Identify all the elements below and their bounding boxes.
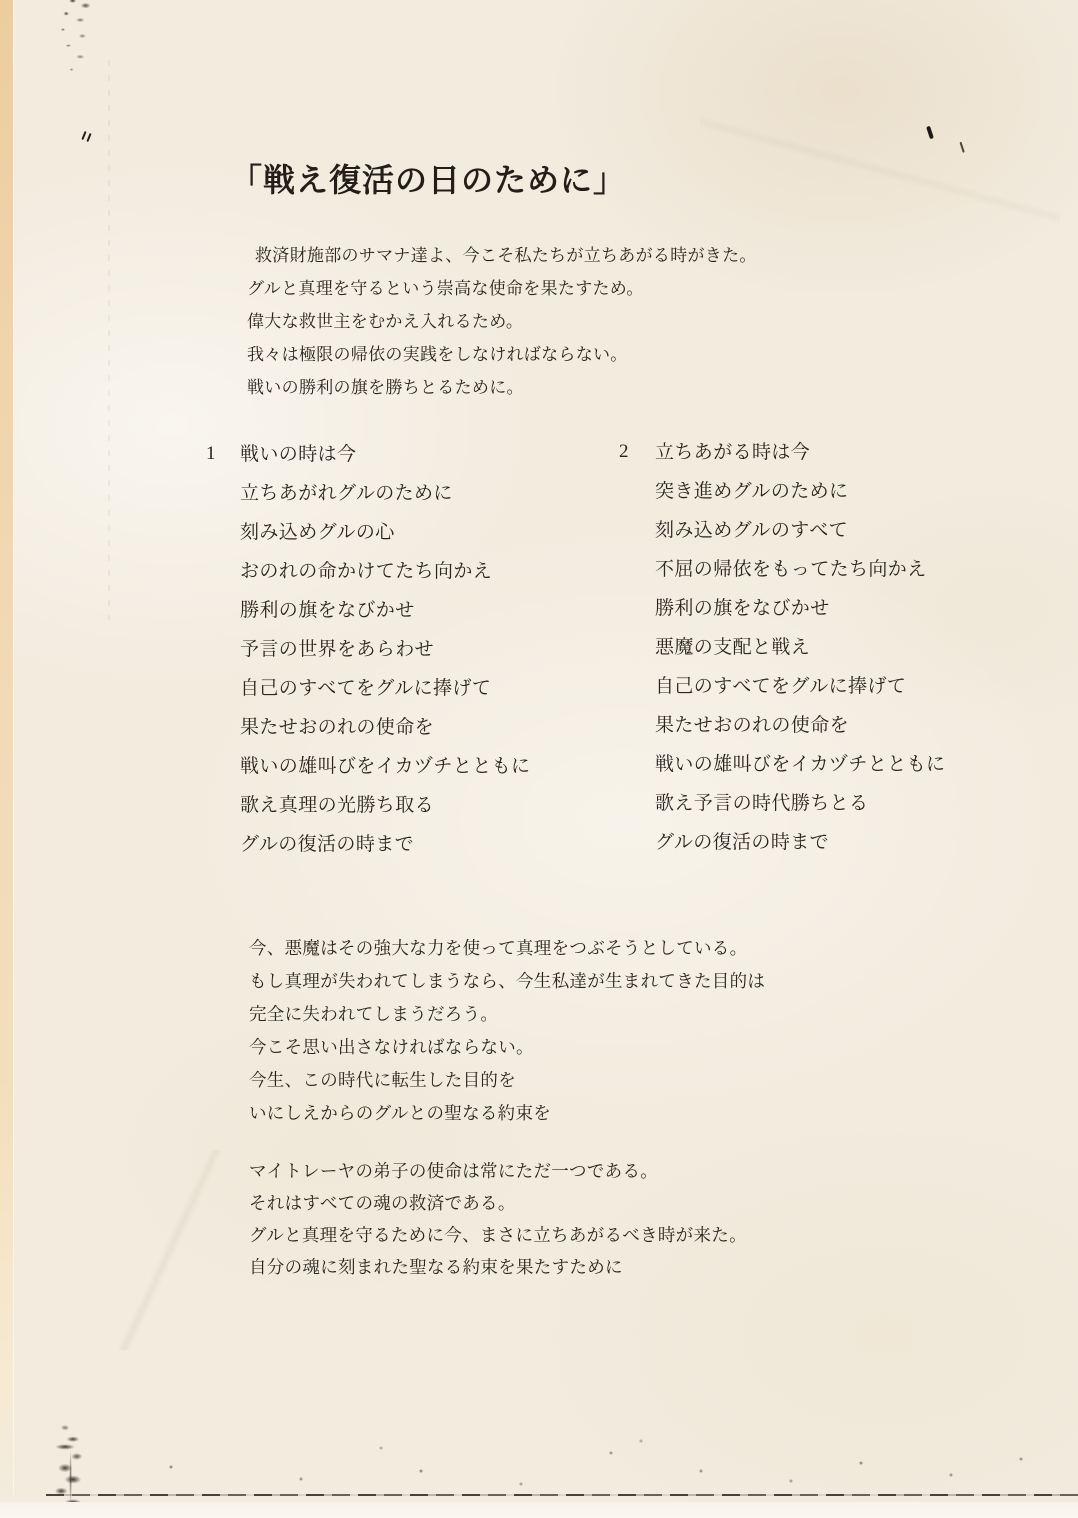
- text-line: それはすべての魂の救済である。: [249, 1187, 747, 1219]
- toner-smudge-top: [50, 0, 104, 76]
- text-line: 今こそ思い出さなければならない。: [249, 1031, 765, 1064]
- scanner-edge-strip: [0, 0, 14, 1496]
- text-line: グルと真理を守るために今、まさに立ちあがるべき時が来た。: [249, 1219, 747, 1251]
- song-title: 「戦え復活の日のために」: [230, 163, 626, 198]
- text-line: 自分の魂に刻まれた聖なる約束を果たすために: [249, 1251, 747, 1283]
- lyric-line: 戦いの雄叫びをイカヅチとともに: [655, 745, 945, 784]
- text-line: 完全に失われてしまうだろう。: [249, 998, 765, 1031]
- scanner-artifact-line: [46, 1494, 1078, 1496]
- ink-speck-mark: [82, 131, 94, 144]
- verse-1-number: 1: [206, 443, 216, 465]
- closing-paragraph-2: マイトレーヤの弟子の使命は常にただ一つである。 それはすべての魂の救済である。 …: [249, 1155, 747, 1283]
- lyric-line: 歌え予言の時代勝ちとる: [655, 784, 945, 823]
- text-line: 今生、この時代に転生した目的を: [249, 1064, 765, 1097]
- text-line: グルと真理を守るという崇高な使命を果たすため。: [247, 272, 757, 305]
- lyric-line: 歌え真理の光勝ち取る: [240, 786, 530, 825]
- lyric-line: 戦いの雄叫びをイカヅチとともに: [240, 747, 530, 786]
- lyric-line: 果たせおのれの使命を: [655, 706, 945, 745]
- lyric-line: 突き進めグルのために: [655, 472, 945, 511]
- lyric-line: 刻み込めグルの心: [240, 513, 530, 552]
- text-line: 我々は極限の帰依の実践をしなければならない。: [247, 338, 757, 371]
- lyric-line: 立ちあがれグルのために: [240, 474, 530, 513]
- text-line: 救済財施部のサマナ達よ、今こそ私たちが立ちあがる時がきた。: [247, 239, 757, 272]
- lyric-line: グルの復活の時まで: [240, 825, 530, 864]
- text-line: いにしえからのグルとの聖なる約束を: [249, 1097, 765, 1130]
- toner-speckles: [0, 0, 2, 2]
- lyric-line: 勝利の旗をなびかせ: [240, 591, 530, 630]
- lyric-line: グルの復活の時まで: [655, 823, 945, 862]
- lyric-line: 自己のすべてをグルに捧げて: [655, 667, 945, 706]
- lyric-line: 不屈の帰依をもってたち向かえ: [655, 550, 945, 589]
- lyric-line: 果たせおのれの使命を: [240, 708, 530, 747]
- lyric-line: 勝利の旗をなびかせ: [655, 589, 945, 628]
- lyric-line: おのれの命かけてたち向かえ: [240, 552, 530, 591]
- lyric-line: 立ちあがる時は今: [655, 433, 945, 472]
- lyric-line: 予言の世界をあらわせ: [240, 630, 530, 669]
- text-line: もし真理が失われてしまうなら、今生私達が生まれてきた目的は: [249, 965, 765, 998]
- scan-bottom-strip: [0, 1502, 1078, 1518]
- text-line: 今、悪魔はその強大な力を使って真理をつぶそうとしている。: [249, 932, 765, 965]
- text-line: 戦いの勝利の旗を勝ちとるために。: [247, 371, 757, 404]
- verse-1: 戦いの時は今 立ちあがれグルのために 刻み込めグルの心 おのれの命かけてたち向か…: [240, 435, 530, 864]
- lyric-line: 刻み込めグルのすべて: [655, 511, 945, 550]
- text-line: 偉大な救世主をむかえ入れるため。: [247, 305, 757, 338]
- faint-vertical-streak: [108, 60, 110, 620]
- lyric-line: 自己のすべてをグルに捧げて: [240, 669, 530, 708]
- lyric-line: 悪魔の支配と戦え: [655, 628, 945, 667]
- closing-paragraph-1: 今、悪魔はその強大な力を使って真理をつぶそうとしている。 もし真理が失われてしま…: [249, 932, 765, 1130]
- verse-2-number: 2: [619, 441, 629, 463]
- text-line: マイトレーヤの弟子の使命は常にただ一つである。: [249, 1155, 747, 1187]
- verse-2: 立ちあがる時は今 突き進めグルのために 刻み込めグルのすべて 不屈の帰依をもって…: [655, 433, 945, 862]
- scanned-document-page: 「戦え復活の日のために」 救済財施部のサマナ達よ、今こそ私たちが立ちあがる時がき…: [0, 0, 1078, 1518]
- lyric-line: 戦いの時は今: [240, 435, 530, 474]
- intro-paragraph: 救済財施部のサマナ達よ、今こそ私たちが立ちあがる時がきた。 グルと真理を守るとい…: [247, 239, 757, 404]
